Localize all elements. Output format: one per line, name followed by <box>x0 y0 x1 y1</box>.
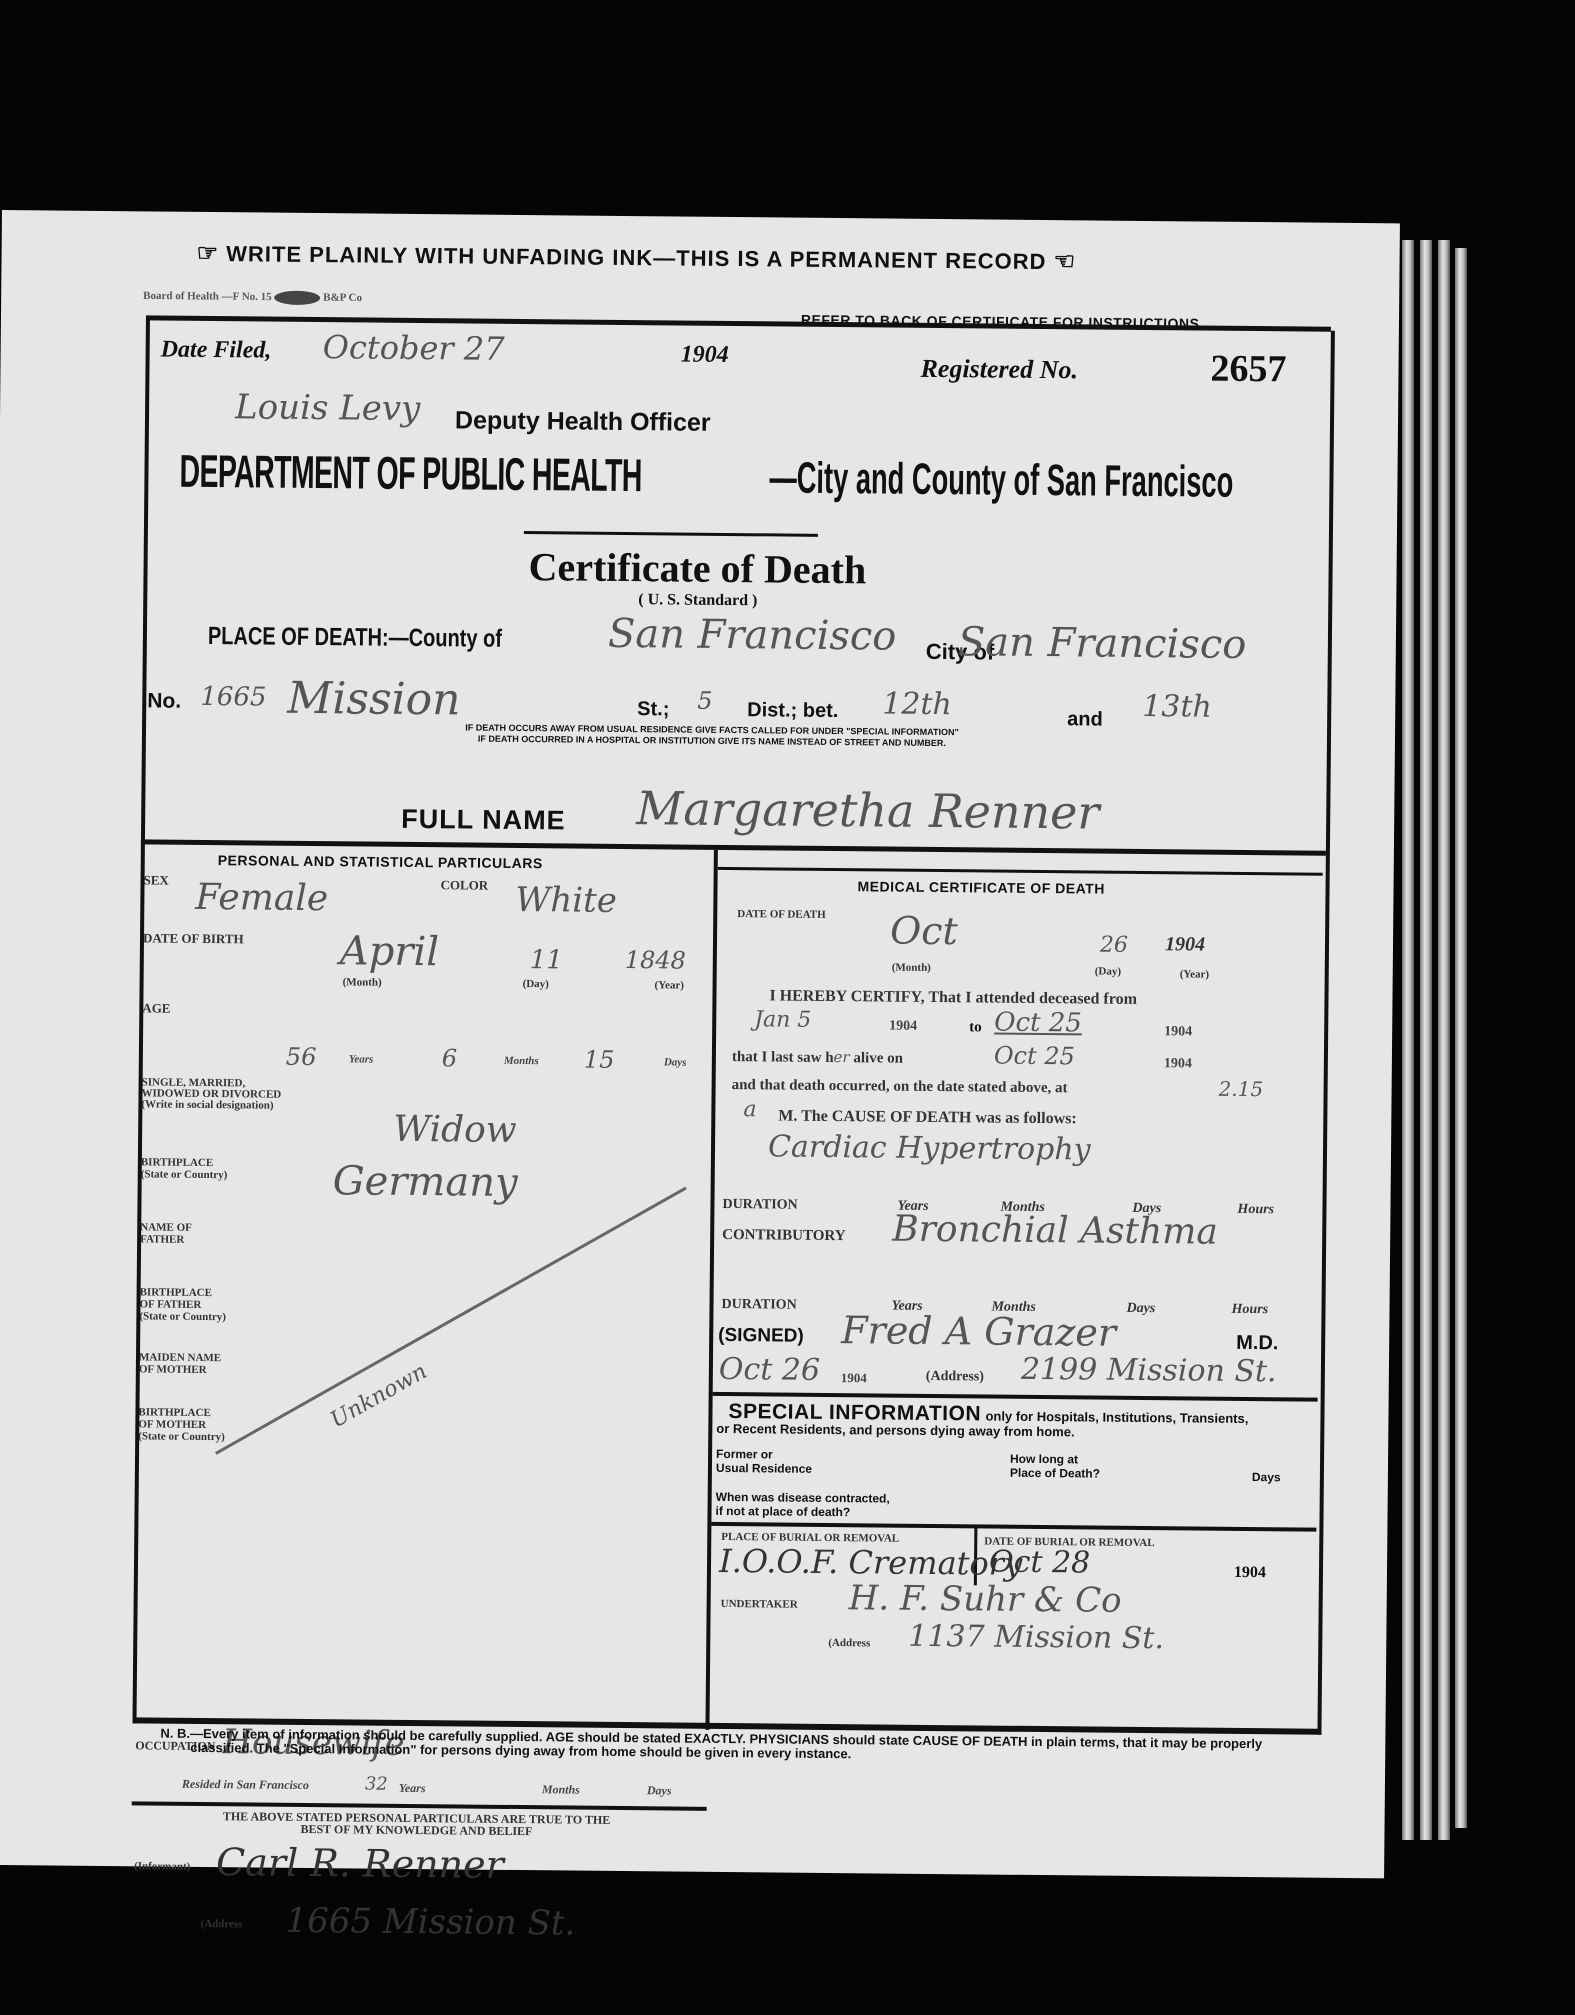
death-day-caption: (Day) <box>1095 965 1121 979</box>
between-street-1: 12th <box>882 686 952 722</box>
street-number: 1665 <box>200 682 266 713</box>
birthplace-label: BIRTHPLACE (State or Country) <box>141 1156 228 1181</box>
certificate-page: ☞ WRITE PLAINLY WITH UNFADING INK—THIS I… <box>0 210 1400 1878</box>
death-month: Oct <box>890 909 958 954</box>
death-year: 1904 <box>1165 933 1205 956</box>
meridian-value: a <box>743 1097 756 1122</box>
date-filed-label: Date Filed, <box>161 337 272 365</box>
burial-date: Oct 28 <box>989 1545 1091 1581</box>
mother-birthplace-label: BIRTHPLACE OF MOTHER (State or Country) <box>138 1406 225 1443</box>
st-label: St.; <box>637 698 669 721</box>
resided-years: 32 <box>365 1774 388 1795</box>
informant-name: Carl R. Renner <box>216 1840 504 1887</box>
certificate-title: Certificate of Death <box>528 543 866 593</box>
informant-statement: THE ABOVE STATED PERSONAL PARTICULARS AR… <box>136 1809 696 1838</box>
disease-contracted-label: When was disease contracted, if not at p… <box>715 1490 889 1520</box>
attended-to-year: 1904 <box>1164 1024 1192 1040</box>
full-name-value: Margaretha Renner <box>636 781 1100 839</box>
how-long-days: Days <box>1252 1470 1281 1484</box>
md-label: M.D. <box>1236 1332 1278 1355</box>
form-id: Board of Health —F No. 15 B&P Co <box>143 289 362 305</box>
personal-heading: PERSONAL AND STATISTICAL PARTICULARS <box>218 852 543 871</box>
physician-signature: Fred A Grazer <box>841 1308 1116 1355</box>
resided-years-caption: Years <box>399 1781 426 1796</box>
death-month-caption: (Month) <box>892 961 931 975</box>
registered-number: 2657 <box>1210 347 1286 392</box>
signed-label: (SIGNED) <box>718 1325 804 1348</box>
undertaker-address-label: (Address <box>828 1636 870 1650</box>
marital-label: SINGLE, MARRIED, WIDOWED OR DIVORCED (Wr… <box>141 1077 281 1111</box>
dob-month: April <box>340 928 440 975</box>
dob-year: 1848 <box>625 946 686 975</box>
place-of-death-row: PLACE OF DEATH:—County of <box>208 622 608 655</box>
attended-from-year: 1904 <box>889 1019 917 1035</box>
last-saw-date: Oct 25 <box>994 1042 1075 1071</box>
age-months-caption: Months <box>504 1055 539 1067</box>
father-birthplace-label: BIRTHPLACE OF FATHER (State or Country) <box>139 1286 226 1323</box>
death-time: 2.15 <box>1219 1077 1264 1101</box>
color-label: COLOR <box>440 878 488 892</box>
full-name-label: FULL NAME <box>401 804 566 837</box>
to-label: to <box>969 1019 982 1036</box>
birthplace-value: Germany <box>332 1158 517 1206</box>
district-value: 5 <box>697 687 713 715</box>
father-name-label: NAME OF FATHER <box>140 1221 192 1245</box>
burial-year: 1904 <box>1234 1564 1266 1582</box>
undertaker-value: H. F. Suhr & Co <box>849 1578 1122 1621</box>
undertaker-label: UNDERTAKER <box>721 1597 798 1612</box>
color-value: White <box>515 880 617 921</box>
mother-maiden-label: MAIDEN NAME OF MOTHER <box>139 1351 221 1376</box>
occurred-text: and that death occurred, on the date sta… <box>732 1077 1068 1097</box>
informant-address: 1665 Mission St. <box>285 1901 575 1944</box>
physician-address-label: (Address) <box>926 1369 984 1386</box>
last-saw-row: that I last saw her alive on <box>732 1047 903 1068</box>
informant-label: (Informant) <box>134 1859 190 1874</box>
cause-label: M. The CAUSE OF DEATH was as follows: <box>778 1107 1077 1128</box>
age-years-caption: Years <box>349 1053 374 1065</box>
burial-place: I.O.O.F. Crematory <box>719 1542 1022 1583</box>
attended-from: Jan 5 <box>754 1007 811 1033</box>
dob-day: 11 <box>530 945 563 975</box>
certify-text: I HEREBY CERTIFY, That I attended deceas… <box>769 987 1137 1009</box>
how-long-label: How long at Place of Death? <box>1010 1452 1100 1481</box>
dob-month-caption: (Month) <box>343 975 382 989</box>
resided-row: Resided in San Francisco <box>182 1777 309 1793</box>
age-months: 6 <box>442 1044 458 1072</box>
date-filed-value: October 27 <box>323 328 505 368</box>
dob-label: DATE OF BIRTH <box>143 931 244 946</box>
medical-heading: MEDICAL CERTIFICATE OF DEATH <box>857 878 1104 896</box>
dob-year-caption: (Year) <box>655 978 684 992</box>
contributory-value: Bronchial Asthma <box>892 1209 1218 1253</box>
union-label-icon <box>274 291 320 305</box>
age-days-caption: Days <box>664 1056 687 1068</box>
signed-date: Oct 26 <box>719 1352 821 1388</box>
informant-address-label: (Address <box>200 1917 242 1931</box>
death-day: 26 <box>1100 933 1128 958</box>
county-value: San Francisco <box>608 611 897 660</box>
pointing-hand-right-icon: ☞ <box>196 240 219 267</box>
former-residence-label: Former or Usual Residence <box>716 1447 812 1476</box>
officer-signature: Louis Levy <box>235 387 421 429</box>
signed-year: 1904 <box>841 1370 867 1386</box>
death-year-caption: (Year) <box>1180 967 1209 981</box>
attended-to: Oct 25 <box>994 1008 1082 1039</box>
between-street-2: 13th <box>1142 689 1212 725</box>
registered-label: Registered No. <box>920 354 1078 386</box>
age-years: 56 <box>286 1043 317 1071</box>
banner: ☞ WRITE PLAINLY WITH UNFADING INK—THIS I… <box>196 239 1296 279</box>
pointing-hand-left-icon: ☜ <box>1053 248 1076 275</box>
last-saw-year: 1904 <box>1164 1056 1192 1072</box>
physician-address: 2199 Mission St. <box>1021 1352 1277 1389</box>
age-label: AGE <box>142 1001 170 1015</box>
undertaker-address: 1137 Mission St. <box>908 1619 1164 1656</box>
date-of-death-label: DATE OF DEATH <box>737 907 826 922</box>
dist-label: Dist.; bet. <box>747 699 838 723</box>
standard-label: ( U. S. Standard ) <box>638 591 757 610</box>
street-value: Mission <box>287 673 461 726</box>
date-filed-year: 1904 <box>681 342 729 369</box>
officer-title: Deputy Health Officer <box>455 406 711 437</box>
resided-days-caption: Days <box>647 1783 672 1798</box>
marital-value: Widow <box>393 1109 517 1151</box>
dob-day-caption: (Day) <box>523 977 549 991</box>
contributory-label: CONTRIBUTORY <box>722 1227 846 1245</box>
cause-value: Cardiac Hypertrophy <box>768 1129 1091 1167</box>
sex-value: Female <box>195 877 328 919</box>
no-label: No. <box>147 689 181 713</box>
age-days: 15 <box>584 1046 615 1074</box>
resided-months-caption: Months <box>542 1782 580 1797</box>
city-value: San Francisco <box>958 619 1247 668</box>
sex-label: SEX <box>144 873 169 887</box>
